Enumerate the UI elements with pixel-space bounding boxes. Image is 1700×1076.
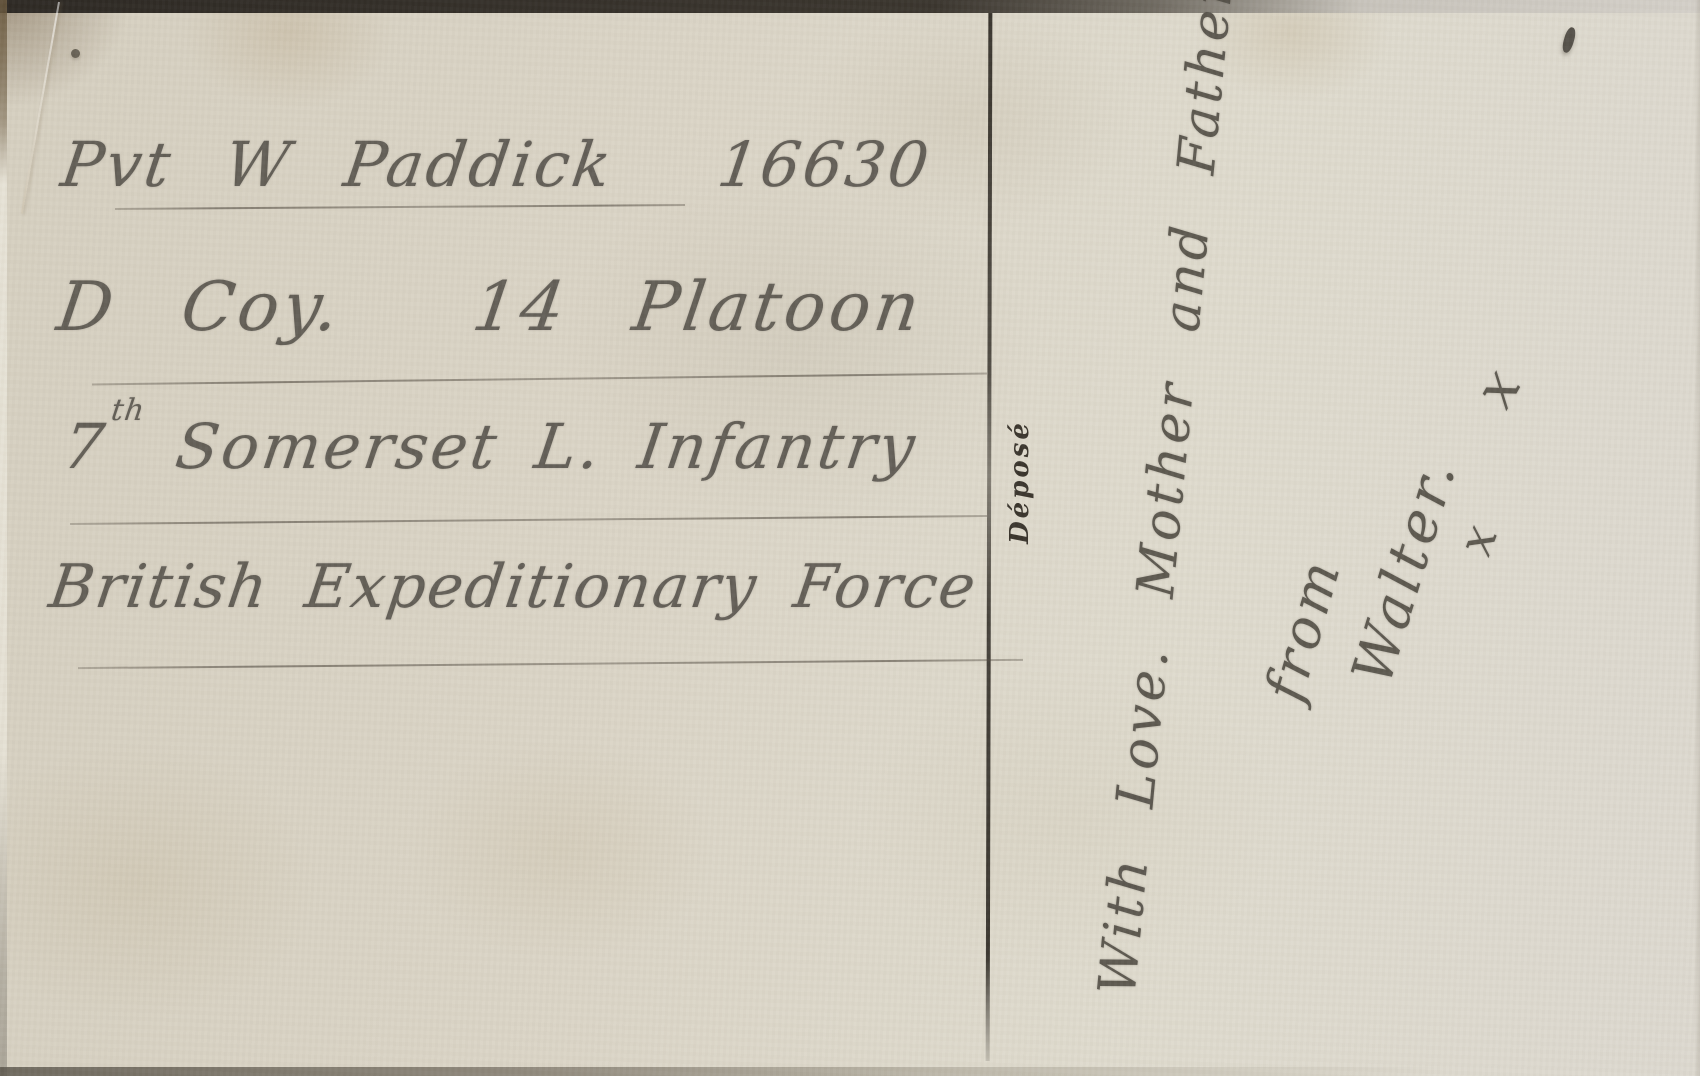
address-line-force: British Expeditionary Force bbox=[45, 552, 982, 622]
ink-mark-top-right bbox=[1561, 26, 1578, 54]
address-line-regiment: 7th Somerset L. Infantry bbox=[59, 410, 922, 483]
address-line-soldier: Pvt W Paddick 16630 bbox=[57, 128, 936, 201]
address-underline-1 bbox=[115, 204, 685, 210]
ink-dot-stain bbox=[71, 49, 80, 58]
regiment-name: Somerset L. Infantry bbox=[135, 410, 922, 483]
photo-right-edge bbox=[1694, 0, 1700, 1076]
regiment-number: 7 bbox=[59, 410, 112, 483]
address-underline-4 bbox=[78, 659, 1023, 669]
printed-divider-line bbox=[986, 13, 992, 1061]
photo-left-edge bbox=[0, 0, 7, 1076]
divider-label-depose: Déposé bbox=[1005, 407, 1041, 557]
message-greeting: With Love. Mother and Father bbox=[1088, 46, 1239, 997]
postcard-photo: Déposé Pvt W Paddick 16630 D Coy. 14 Pla… bbox=[0, 0, 1700, 1076]
address-underline-3 bbox=[70, 515, 987, 525]
regiment-ordinal: th bbox=[109, 393, 147, 428]
address-underline-2 bbox=[92, 373, 987, 386]
photo-bottom-edge bbox=[0, 1067, 1700, 1076]
address-line-company-platoon: D Coy. 14 Platoon bbox=[52, 268, 928, 347]
photo-top-edge bbox=[0, 0, 1700, 13]
paper-crease bbox=[21, 2, 60, 214]
